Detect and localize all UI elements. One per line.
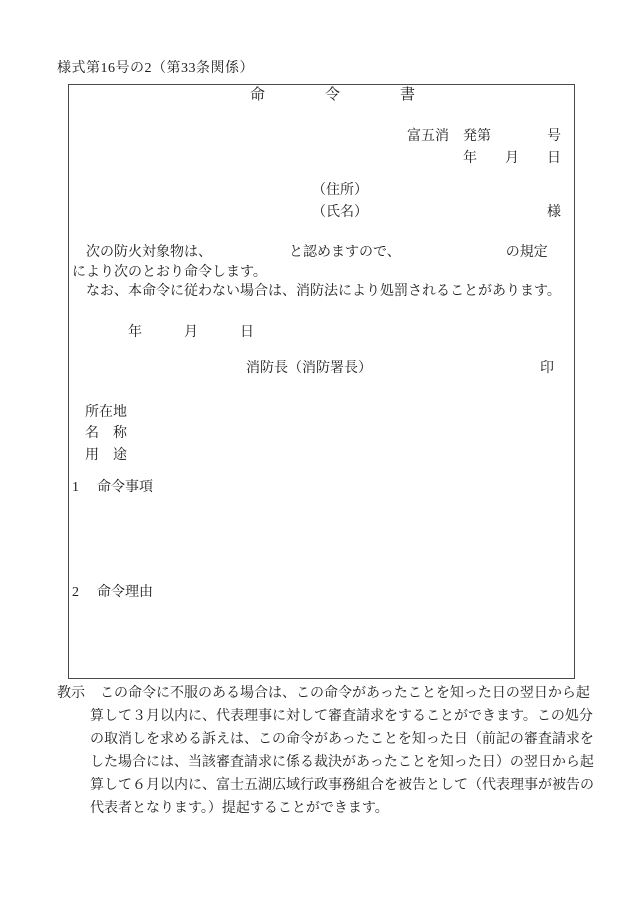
seal-mark: 印	[540, 361, 554, 376]
appeal-line: 算して６月以内に、富士五湖広域行政事務組合を被告として（代表理事が被告の	[57, 774, 583, 797]
recipient-honorific: 様	[547, 205, 561, 220]
recipient-name-label: （氏名）	[312, 205, 368, 220]
document-date-line: 年 月 日	[463, 151, 561, 166]
section-number: 1	[72, 480, 97, 495]
appeal-line: 代表者となります。）提起することができます。	[57, 797, 583, 820]
section-heading: 命令事項	[97, 480, 153, 495]
order-form-page: 様式第16号の2（第33条関係） 命 令 書 富五消 発第 号 年 月 日 （住…	[0, 0, 630, 903]
order-body-line-3: なお、本命令に従わない場合は、消防法により処罰されることがあります。	[72, 284, 561, 299]
section-order-items: 1命令事項	[72, 480, 153, 495]
recipient-address-label: （住所）	[312, 183, 368, 198]
issue-date-line: 年 月 日	[72, 325, 254, 340]
appeal-line: した場合には、当該審査請求に係る裁決があったことを知った日）の翌日から起	[57, 751, 583, 774]
section-order-reason: 2命令理由	[72, 585, 153, 600]
appeal-line: 算して３月以内に、代表理事に対して審査請求をすることができます。この処分	[57, 705, 583, 728]
form-number-label: 様式第16号の2（第33条関係）	[57, 61, 254, 76]
section-number: 2	[72, 585, 97, 600]
appeal-label: 教示	[57, 682, 100, 705]
order-box: 命 令 書 富五消 発第 号 年 月 日 （住所） （氏名） 様 次の防火対象物…	[68, 84, 575, 679]
document-number-line: 富五消 発第 号	[407, 129, 561, 144]
appeal-line: 教示この命令に不服のある場合は、この命令があったことを知った日の翌日から起	[57, 682, 583, 705]
appeal-line: の取消しを求める訴えは、この命令があったことを知った日（前記の審査請求を	[57, 728, 583, 751]
property-use-label: 用 途	[85, 448, 127, 463]
issuer-title: 消防長（消防署長）	[246, 361, 372, 376]
section-heading: 命令理由	[97, 585, 153, 600]
order-body-line-2: により次のとおり命令します。	[72, 265, 267, 280]
appeal-instructions: 教示この命令に不服のある場合は、この命令があったことを知った日の翌日から起 算し…	[57, 682, 583, 820]
property-location-label: 所在地	[85, 405, 127, 420]
property-name-label: 名 称	[85, 426, 127, 441]
order-body-line-1: 次の防火対象物は、 と認めますので、 の規定	[72, 245, 548, 260]
document-title: 命 令 書	[69, 87, 574, 103]
